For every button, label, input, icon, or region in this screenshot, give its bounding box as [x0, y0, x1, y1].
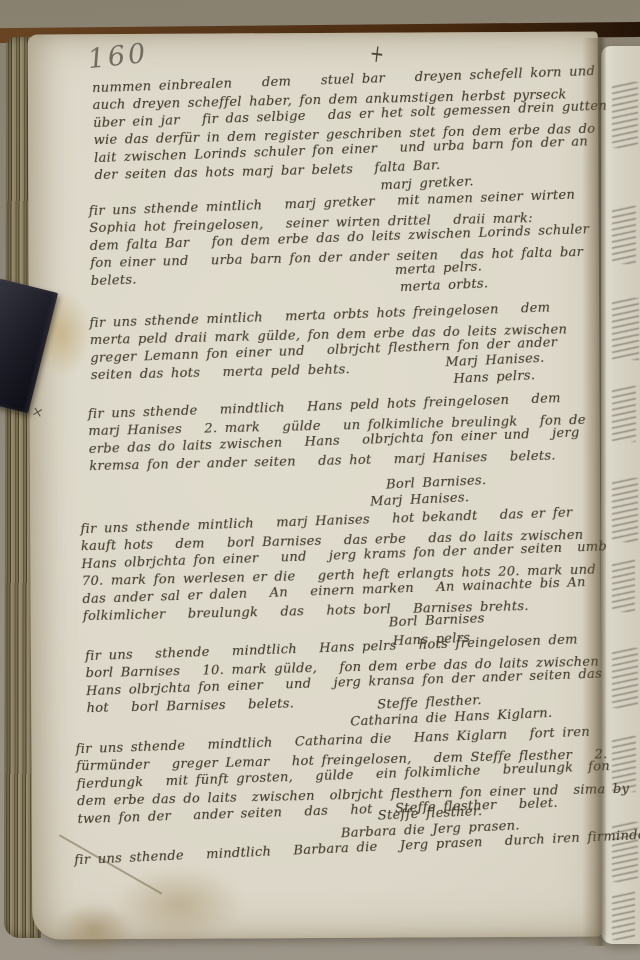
facing-page-text-fragment	[612, 82, 638, 148]
signature-line: merta orbts.	[400, 276, 489, 295]
folio-number: 160	[86, 38, 150, 75]
facing-page-text-fragment	[612, 478, 638, 542]
facing-page-text-fragment	[612, 298, 639, 360]
facing-page	[601, 46, 640, 944]
facing-page-text-fragment	[612, 386, 636, 442]
facing-page-text-fragment	[612, 206, 636, 264]
register-entry: fir uns sthende mindtlich Barbara die Je…	[74, 833, 582, 870]
facing-page-text-fragment	[612, 892, 635, 940]
register-entry: fir uns sthende mindtlich Catharina die …	[75, 727, 575, 828]
paper-stain	[54, 902, 134, 956]
manuscript-photo: 160 + × nummen einbrealen dem stuel bar …	[0, 0, 640, 960]
gutter-shadow	[582, 38, 606, 946]
margin-cross-mark: ×	[30, 403, 45, 421]
facing-page-text-fragment	[612, 648, 638, 708]
facing-page-text-fragment	[612, 560, 635, 612]
handwritten-line: fir uns sthende mindtlich Barbara die Je…	[74, 830, 582, 870]
signature-line: Marj Hanises.	[370, 490, 470, 509]
register-entry: fir uns sthende mintlich marj gretker mi…	[89, 190, 565, 290]
signature-line: falta Bar.	[374, 158, 441, 176]
register-entry: nummen einbrealen dem stuel bar dreyen s…	[92, 67, 573, 185]
signature-line: Borl Barnises.	[386, 473, 487, 492]
register-entry: fir uns sthende mindtlich Hans peld hots…	[88, 393, 566, 476]
register-entry: fir uns sthende mindtlich Hans pelrs hot…	[85, 635, 567, 718]
header-cross-mark: +	[368, 39, 386, 69]
manuscript-page: 160 + × nummen einbrealen dem stuel bar …	[28, 32, 603, 940]
register-entry: fir uns sthende mintlich marj Hanises ho…	[80, 508, 569, 626]
signature-line: Borl Barnises	[388, 611, 484, 630]
signature-line: Hans pelrs.	[453, 368, 535, 387]
